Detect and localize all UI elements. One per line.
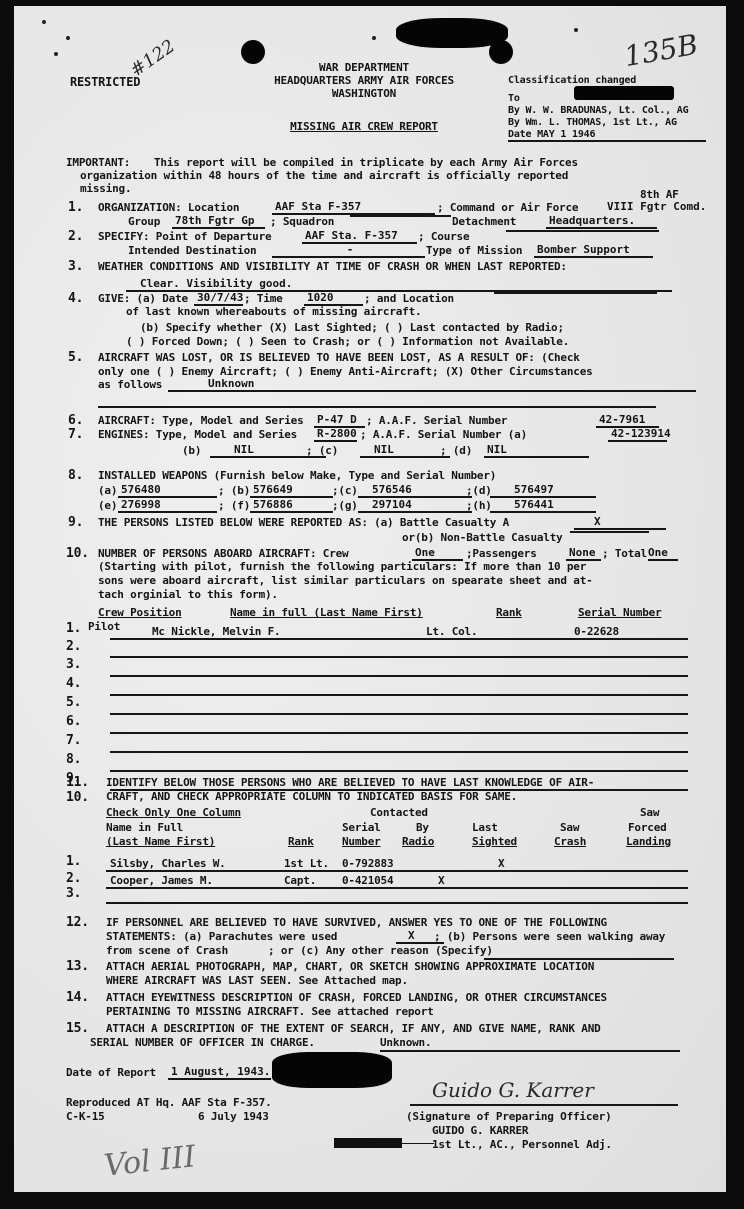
col-by-radio: Radio (402, 835, 434, 848)
missing-air-crew-report-page: RESTRICTED #122 135B WAR DEPARTMENT HEAD… (14, 6, 726, 1192)
col-name: Name in full (Last Name First) (230, 606, 423, 619)
location-field[interactable]: AAF Sta F-357 (272, 201, 435, 215)
total-persons-field[interactable]: One (648, 547, 678, 561)
redaction-stamp-top (396, 18, 508, 48)
detachment-field[interactable]: Headquarters. (546, 215, 657, 229)
report-date-field[interactable]: 1 August, 1943. (168, 1066, 271, 1080)
last-known-checkboxes: (b) Specify whether (X) Last Sighted; ( … (140, 321, 564, 334)
speck (42, 20, 46, 24)
redaction-stamp-bottom (272, 1052, 392, 1088)
page-title: MISSING AIR CREW REPORT (214, 120, 514, 133)
non-battle-casualty-field[interactable] (570, 531, 649, 533)
destination-field[interactable]: - (272, 244, 425, 258)
col-witness-serial: Number (342, 835, 381, 848)
squadron-field[interactable] (350, 215, 451, 217)
handwritten-ref: #122 (126, 36, 179, 82)
group-field[interactable]: 78th Fgtr Gp (172, 215, 265, 229)
classification-stamp-left: RESTRICTED (70, 76, 140, 89)
date-field[interactable]: 30/7/43 (194, 292, 243, 306)
pencil-note: Vol III (102, 1139, 197, 1183)
col-rank: Rank (496, 606, 522, 619)
aircraft-model-field[interactable]: P-47 D (314, 414, 365, 428)
col-serial: Serial Number (578, 606, 662, 619)
weapon-h-field[interactable]: 576441 (490, 499, 596, 513)
col-witness-name: (Last Name First) (106, 835, 215, 848)
handwritten-code: 135B (622, 28, 701, 73)
crew-name: Mc Nickle, Melvin F. (152, 625, 280, 638)
redaction-mark (574, 86, 674, 100)
weapon-c-field[interactable]: 576546 (358, 484, 472, 498)
aircraft-serial-field[interactable]: 42-7961 (596, 414, 659, 428)
important-label: IMPORTANT: (66, 156, 130, 169)
crew-rank: Lt. Col. (426, 625, 477, 638)
weapon-e-field[interactable]: 276998 (118, 499, 217, 513)
col-witness-rank: Rank (288, 835, 314, 848)
mission-type-field[interactable]: Bomber Support (534, 244, 653, 258)
time-field[interactable]: 1020 (304, 292, 363, 306)
crew-serial: 0-22628 (574, 625, 619, 638)
engine-serial-a-field[interactable]: 42-123914 (608, 428, 667, 442)
col-saw-crash: Crash (554, 835, 586, 848)
loss-cause-field[interactable]: Unknown (168, 378, 696, 392)
important-text-1: This report will be compiled in triplica… (154, 156, 578, 169)
course-field[interactable] (506, 230, 659, 232)
department-heading: WAR DEPARTMENT (214, 61, 514, 74)
passengers-field[interactable]: None (566, 547, 601, 561)
engine-serial-d-field[interactable]: NIL (484, 444, 589, 458)
speck (54, 52, 58, 56)
col-last-sighted: Sighted (472, 835, 517, 848)
officer-title: 1st Lt., AC., Personnel Adj. (432, 1138, 612, 1151)
loss-cause-checkboxes: only one ( ) Enemy Aircraft; ( ) Enemy A… (98, 365, 593, 378)
departure-field[interactable]: AAF Sta. F-357 (302, 230, 417, 244)
city-heading: WASHINGTON (214, 87, 514, 100)
weather-field[interactable]: Clear. Visibility good. (126, 278, 672, 292)
battle-casualty-field[interactable]: X (574, 516, 666, 530)
officer-name: GUIDO G. KARRER (432, 1124, 528, 1137)
weapon-a-field[interactable]: 576480 (118, 484, 217, 498)
weapon-f-field[interactable]: 576886 (250, 499, 333, 513)
command-field[interactable]: VIII Fgtr Comd. (604, 201, 717, 213)
weapon-g-field[interactable]: 297104 (358, 499, 472, 513)
crew-count-field[interactable]: One (412, 547, 463, 561)
engine-model-field[interactable]: R-2800 (314, 428, 357, 442)
engine-serial-c-field[interactable]: NIL (360, 444, 450, 458)
col-crew-position: Crew Position (98, 606, 182, 619)
important-text-2: organization within 48 hours of the time… (80, 169, 568, 182)
search-officer-value: Unknown. (380, 1036, 431, 1049)
hq-heading: HEADQUARTERS ARMY AIR FORCES (214, 74, 514, 87)
signature-caption: (Signature of Preparing Officer) (406, 1110, 612, 1123)
last-location-field[interactable] (494, 292, 657, 294)
officer-signature: Guido G. Karrer (432, 1078, 594, 1102)
speck (574, 28, 578, 32)
weapon-d-field[interactable]: 576497 (490, 484, 596, 498)
col-forced-landing: Landing (626, 835, 671, 848)
speck (372, 36, 376, 40)
weapon-b-field[interactable]: 576649 (250, 484, 333, 498)
important-text-3: missing. (80, 182, 131, 195)
speck (66, 36, 70, 40)
